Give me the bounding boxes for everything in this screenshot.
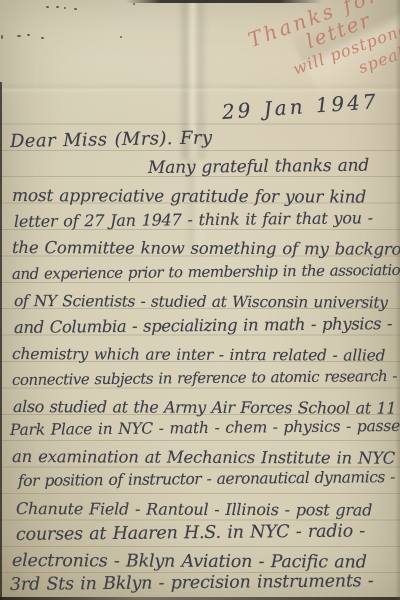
letter-line: Park Place in NYC - math - chem - physic… — [10, 417, 400, 439]
ink-speck — [27, 34, 30, 36]
letter-line: 3rd Sts in Bklyn - precision instruments… — [10, 571, 374, 595]
letter-line: the Committee know something of my backg… — [12, 238, 400, 259]
letter-line: an examination at Mechanics Institute in… — [12, 447, 395, 468]
fold-crease-diagonal — [285, 0, 400, 101]
letter-line: Many grateful thanks and — [148, 156, 369, 178]
scan-edge-right — [395, 0, 400, 600]
ink-speck — [1, 35, 3, 39]
ink-speck — [46, 6, 49, 8]
red-annotation-line: speaking — [355, 28, 400, 78]
letter-line: of NY Scientists - studied at Wisconsin … — [14, 292, 388, 312]
red-annotation-line: letter — [303, 0, 400, 52]
red-annotation-line: Thanks for — [246, 0, 400, 51]
letter-line: connective subjects in reference to atom… — [12, 367, 397, 389]
ink-speck — [74, 8, 77, 10]
ink-speck — [133, 3, 135, 5]
letter-line: electronics - Bklyn Aviation - Pacific a… — [12, 551, 367, 573]
letter-line: Chanute Field - Rantoul - Illinois - pos… — [16, 499, 372, 520]
ink-speck — [41, 37, 44, 39]
date-line: 29 Jan 1947 — [221, 89, 379, 124]
ink-speck — [120, 36, 122, 38]
ink-speck — [17, 35, 21, 37]
letter-line: chemistry which are inter - intra relate… — [12, 345, 385, 365]
letter-line: letter of 27 Jan 1947 - think it fair th… — [14, 208, 373, 231]
letter-line: and experience prior to membership in th… — [12, 261, 400, 283]
salutation: Dear Miss (Mrs). Fry — [10, 127, 213, 152]
letter-line: also studied at the Army Air Forces Scho… — [13, 397, 396, 418]
letter-line: for position of instructor - aeronautica… — [18, 468, 395, 490]
letter-line: and Columbia - specializing in math - ph… — [14, 314, 392, 337]
red-annotation-line: will postpone — [290, 8, 400, 79]
letter-page: Thanks for letter will postpone speaking… — [0, 0, 400, 600]
ink-speck — [56, 6, 59, 8]
letter-line: most appreciative gratitude for your kin… — [12, 186, 366, 208]
letter-line: courses at Haaren H.S. in NYC - radio - — [16, 521, 365, 545]
scan-edge-top — [126, 0, 322, 3]
scan-edge-left — [0, 82, 2, 600]
ink-speck — [64, 7, 66, 9]
